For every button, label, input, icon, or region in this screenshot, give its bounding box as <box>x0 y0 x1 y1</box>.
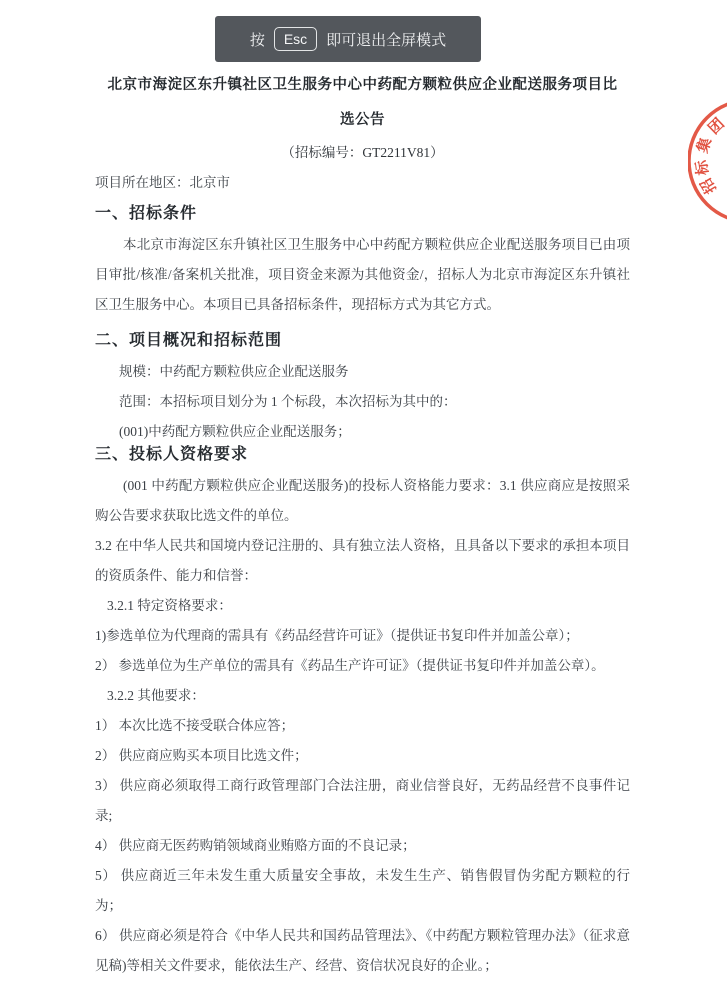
fullscreen-exit-toast: 按 Esc 即可退出全屏模式 <box>215 16 481 62</box>
section3-clause32: 3.2 在中华人民共和国境内登记注册的、具有独立法人资格，且具备以下要求的承担本… <box>95 531 630 591</box>
clause322-item: 1） 本次比选不接受联合体应答； <box>95 711 630 741</box>
clause322-item: 2） 供应商应购买本项目比选文件； <box>95 741 630 771</box>
section3-heading: 三、投标人资格要求 <box>95 439 630 471</box>
section2-heading: 二、项目概况和招标范围 <box>95 325 630 357</box>
toast-text-prefix: 按 <box>250 29 265 50</box>
section1-body: 本北京市海淀区东升镇社区卫生服务中心中药配方颗粒供应企业配送服务项目已由项目审批… <box>95 230 630 320</box>
clause322-heading: 3.2.2 其他要求： <box>95 681 630 711</box>
clause321-heading: 3.2.1 特定资格要求： <box>95 591 630 621</box>
document-title: 北京市海淀区东升镇社区卫生服务中心中药配方颗粒供应企业配送服务项目比 选公告 <box>95 68 630 138</box>
clause322-item: 5） 供应商近三年未发生重大质量安全事故，未发生生产、销售假冒伪劣配方颗粒的行为… <box>95 861 630 921</box>
clause322-item: 3） 供应商必须取得工商行政管理部门合法注册，商业信誉良好，无药品经营不良事件记… <box>95 771 630 831</box>
clause321-item: 1)参选单位为代理商的需具有《药品经营许可证》（提供证书复印件并加盖公章）； <box>95 621 630 651</box>
seal-char: 集 <box>693 135 715 155</box>
section3-intro: (001 中药配方颗粒供应企业配送服务)的投标人资格能力要求：3.1 供应商应是… <box>95 471 630 531</box>
clause322-item: 4） 供应商无医药购销领域商业贿赂方面的不良记录； <box>95 831 630 861</box>
document-title-line1: 北京市海淀区东升镇社区卫生服务中心中药配方颗粒供应企业配送服务项目比 <box>95 68 630 103</box>
document-title-line2: 选公告 <box>95 103 630 138</box>
red-seal-stamp-icon: 招 标 集 团 <box>688 91 727 231</box>
section2-scope: 范围：本招标项目划分为 1 个标段，本次招标为其中的： <box>95 387 630 417</box>
section2-scale: 规模：中药配方颗粒供应企业配送服务 <box>95 357 630 387</box>
esc-keycap: Esc <box>274 27 317 51</box>
section1-heading: 一、招标条件 <box>95 198 630 230</box>
clause321-item: 2） 参选单位为生产单位的需具有《药品生产许可证》（提供证书复印件并加盖公章）。 <box>95 651 630 681</box>
project-location: 项目所在地区：北京市 <box>95 168 630 198</box>
page: { "toast": { "prefix": "按", "key": "Esc"… <box>0 0 727 988</box>
seal-char: 标 <box>693 158 712 177</box>
document-page: 北京市海淀区东升镇社区卫生服务中心中药配方颗粒供应企业配送服务项目比 选公告 （… <box>95 0 630 981</box>
clause322-item: 6） 供应商必须是符合《中华人民共和国药品管理法》、《中药配方颗粒管理办法》（征… <box>95 921 630 981</box>
tender-number: （招标编号：GT2211V81） <box>95 138 630 168</box>
toast-text-suffix: 即可退出全屏模式 <box>326 29 446 50</box>
